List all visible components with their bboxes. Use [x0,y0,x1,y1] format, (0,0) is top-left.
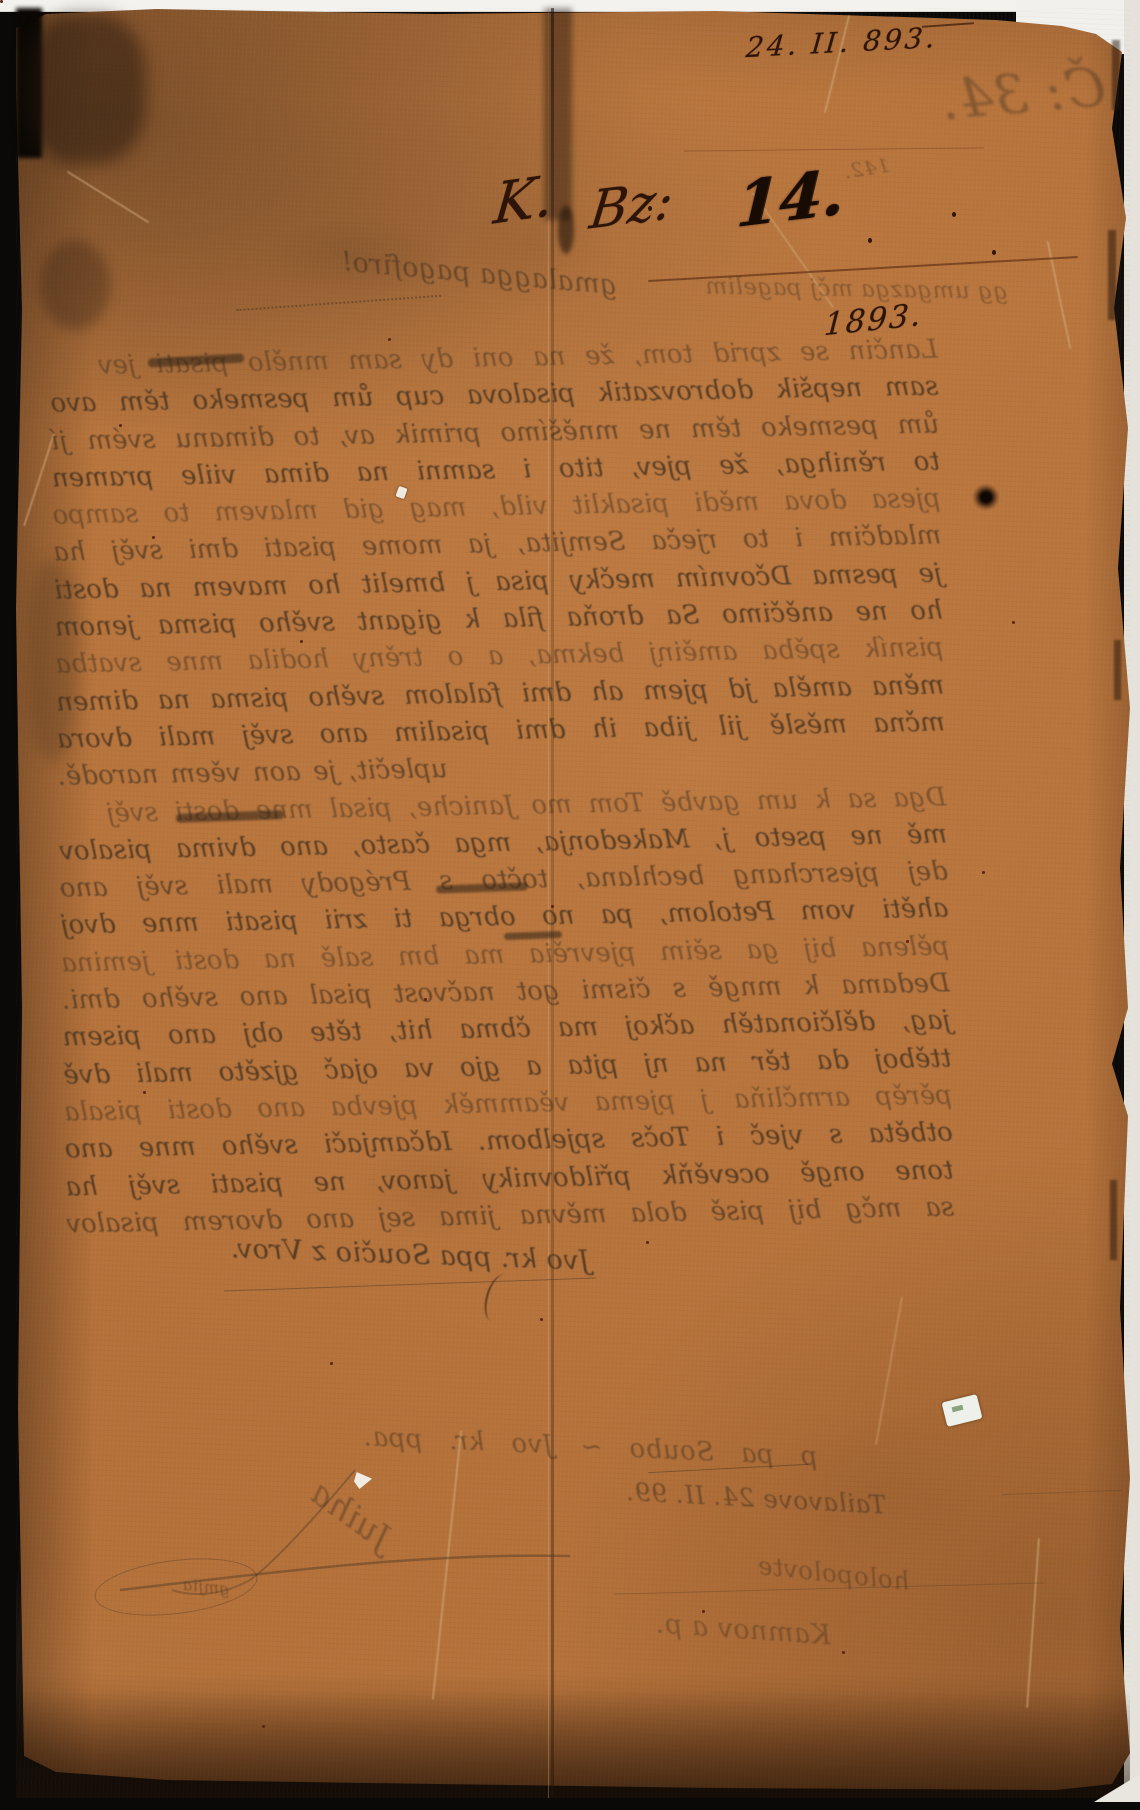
torn-edge-grime [1112,40,1120,110]
left-edge-smudge [40,240,110,330]
fold-ink-smudge [558,206,574,254]
torn-edge-grime [1110,1180,1117,1260]
torn-edge-grime [1108,230,1116,320]
top-left-smudge [26,14,146,164]
torn-edge-grime [1114,640,1121,700]
ink-speckles [0,0,4,5]
bleedthrough-body-text: Lančin se zprid tom, že na oni dy sam mn… [49,332,954,1244]
ink-blot [968,484,1004,528]
registry-label-inscription: Bz: [587,170,677,242]
registry-prefix-inscription: K. [491,163,557,238]
document-scan: 24. II. 893. K. Bz: 14. 1893. Č: 34. 142… [0,0,1140,1810]
bottom-edge-shadow [16,1690,1130,1798]
